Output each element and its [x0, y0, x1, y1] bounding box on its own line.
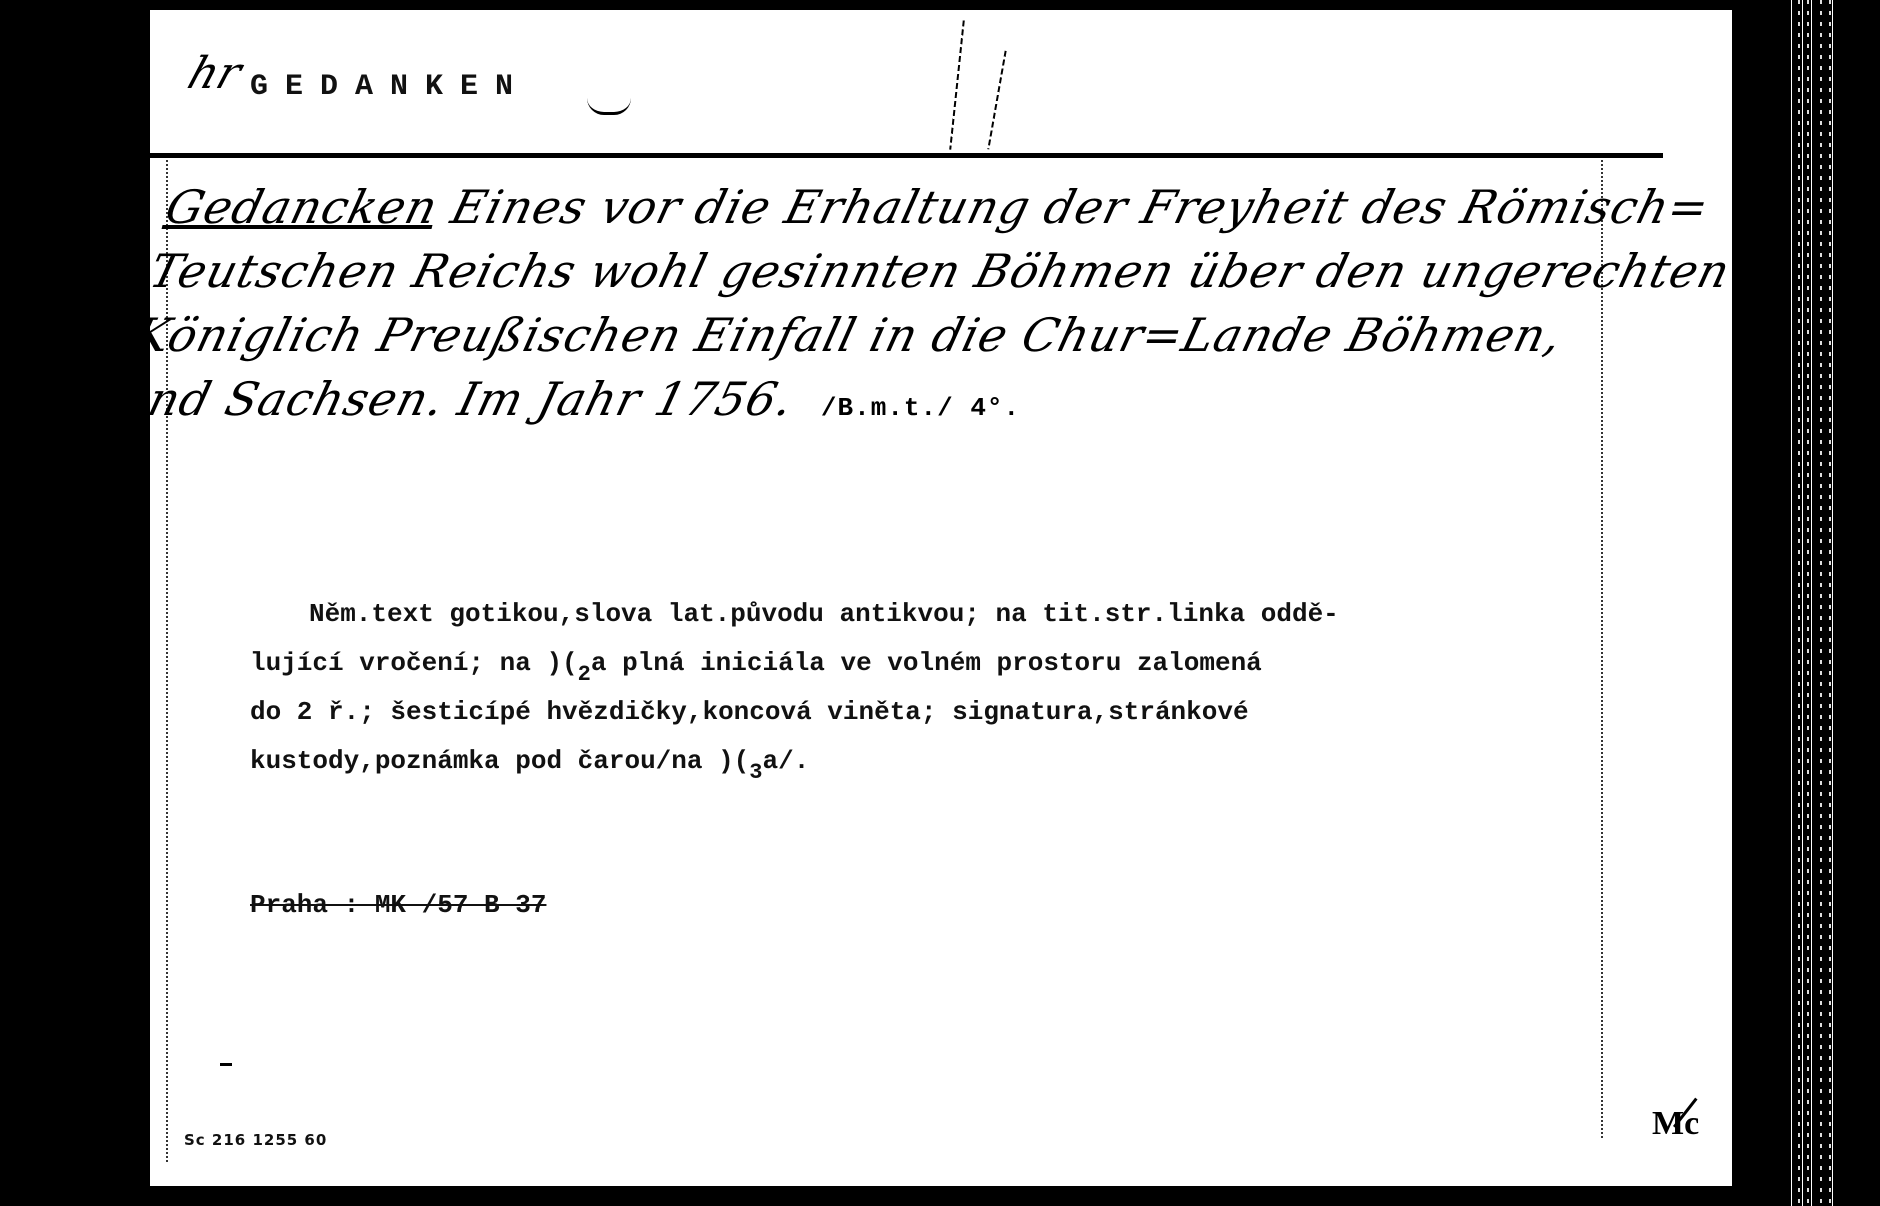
scan-line — [1832, 0, 1833, 1206]
typed-description: Něm.text gotikou,slova lat.původu antikv… — [250, 590, 1630, 786]
handwritten-line: Teutschen Reichs wohl gesinnten Böhmen ü… — [143, 239, 1579, 303]
scan-line — [1807, 0, 1809, 1206]
handwritten-line: Gedancken Eines vor die Erhaltung der Fr… — [159, 175, 1595, 239]
insertion-mark — [587, 98, 631, 115]
scan-line — [1829, 0, 1831, 1206]
struck-location-shelfmark: Praha : MK /57 B 37 — [250, 890, 546, 920]
handwritten-underlined-word: Gedancken — [160, 180, 443, 234]
pencil-stroke — [949, 20, 965, 149]
description-line: Něm.text gotikou,slova lat.původu antikv… — [250, 590, 1630, 639]
description-line: do 2 ř.; šesticípé hvězdičky,koncová vin… — [250, 688, 1630, 737]
format-annotation: /B.m.t./ 4°. — [820, 376, 1019, 440]
scan-edge-strip — [1732, 0, 1880, 1206]
handwritten-initials: hr — [182, 48, 248, 99]
card-heading: GEDANKEN — [250, 70, 530, 104]
scan-line — [1802, 0, 1803, 1206]
scan-line — [1791, 0, 1792, 1206]
handwritten-title: Gedancken Eines vor die Erhaltung der Fr… — [109, 175, 1595, 440]
description-line: lující vročení; na )(2a plná iniciála ve… — [250, 639, 1630, 688]
stray-mark — [220, 1063, 232, 1066]
cataloger-mark: Mc — [1652, 1105, 1699, 1143]
description-line: kustody,poznámka pod čarou/na )(3a/. — [250, 737, 1630, 786]
catalog-card: hr GEDANKEN Gedancken Eines vor die Erha… — [150, 10, 1732, 1186]
handwritten-line: und Sachsen. Im Jahr 1756./B.m.t./ 4°. — [109, 367, 1547, 440]
header-rule — [150, 153, 1663, 158]
scan-line — [1811, 0, 1812, 1206]
handwritten-line: Königlich Preußischen Einfall in die Chu… — [127, 303, 1563, 367]
scan-line — [1820, 0, 1822, 1206]
footer-print-code: Sc 216 1255 60 — [184, 1131, 327, 1149]
scan-line — [1798, 0, 1800, 1206]
pencil-stroke — [987, 51, 1006, 150]
